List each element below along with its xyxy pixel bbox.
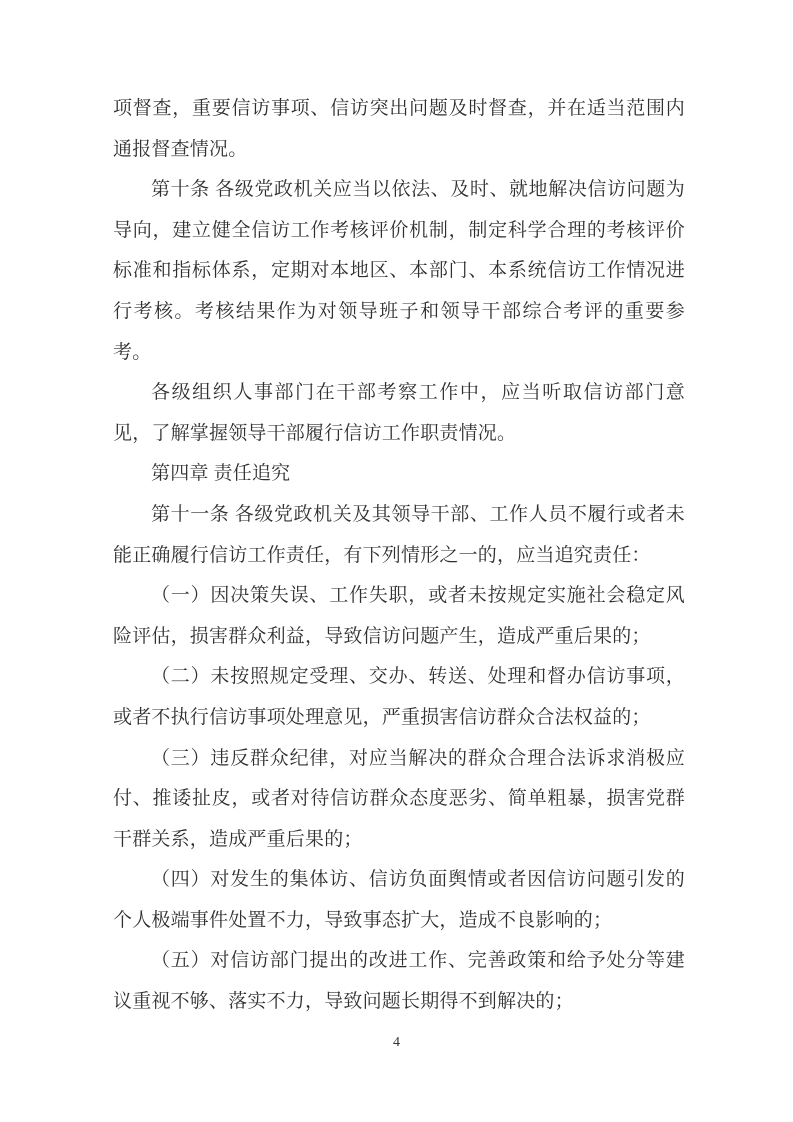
- chapter-heading: 第四章 责任追究: [113, 454, 685, 495]
- paragraph: （二）未按照规定受理、交办、转送、处理和督办信访事项，或者不执行信访事项处理意见…: [113, 657, 685, 738]
- paragraph: 第十条 各级党政机关应当以依法、及时、就地解决信访问题为导向，建立健全信访工作考…: [113, 170, 685, 373]
- page-footer: 4: [0, 1033, 793, 1053]
- document-page: 项督查，重要信访事项、信访突出问题及时督查，并在适当范围内通报督查情况。第十条 …: [0, 0, 793, 1122]
- page-number: 4: [393, 1035, 400, 1050]
- paragraph: 第十一条 各级党政机关及其领导干部、工作人员不履行或者未能正确履行信访工作责任，…: [113, 495, 685, 576]
- paragraph: （五）对信访部门提出的改进工作、完善政策和给予处分等建议重视不够、落实不力，导致…: [113, 941, 685, 1022]
- paragraph: （一）因决策失误、工作失职，或者未按规定实施社会稳定风险评估，损害群众利益，导致…: [113, 576, 685, 657]
- paragraph: （三）违反群众纪律，对应当解决的群众合理合法诉求消极应付、推诿扯皮，或者对待信访…: [113, 739, 685, 861]
- paragraph: 各级组织人事部门在干部考察工作中，应当听取信访部门意见，了解掌握领导干部履行信访…: [113, 373, 685, 454]
- document-content: 项督查，重要信访事项、信访突出问题及时督查，并在适当范围内通报督查情况。第十条 …: [113, 89, 685, 1023]
- paragraph: 项督查，重要信访事项、信访突出问题及时督查，并在适当范围内通报督查情况。: [113, 89, 685, 170]
- paragraph: （四）对发生的集体访、信访负面舆情或者因信访问题引发的个人极端事件处置不力，导致…: [113, 860, 685, 941]
